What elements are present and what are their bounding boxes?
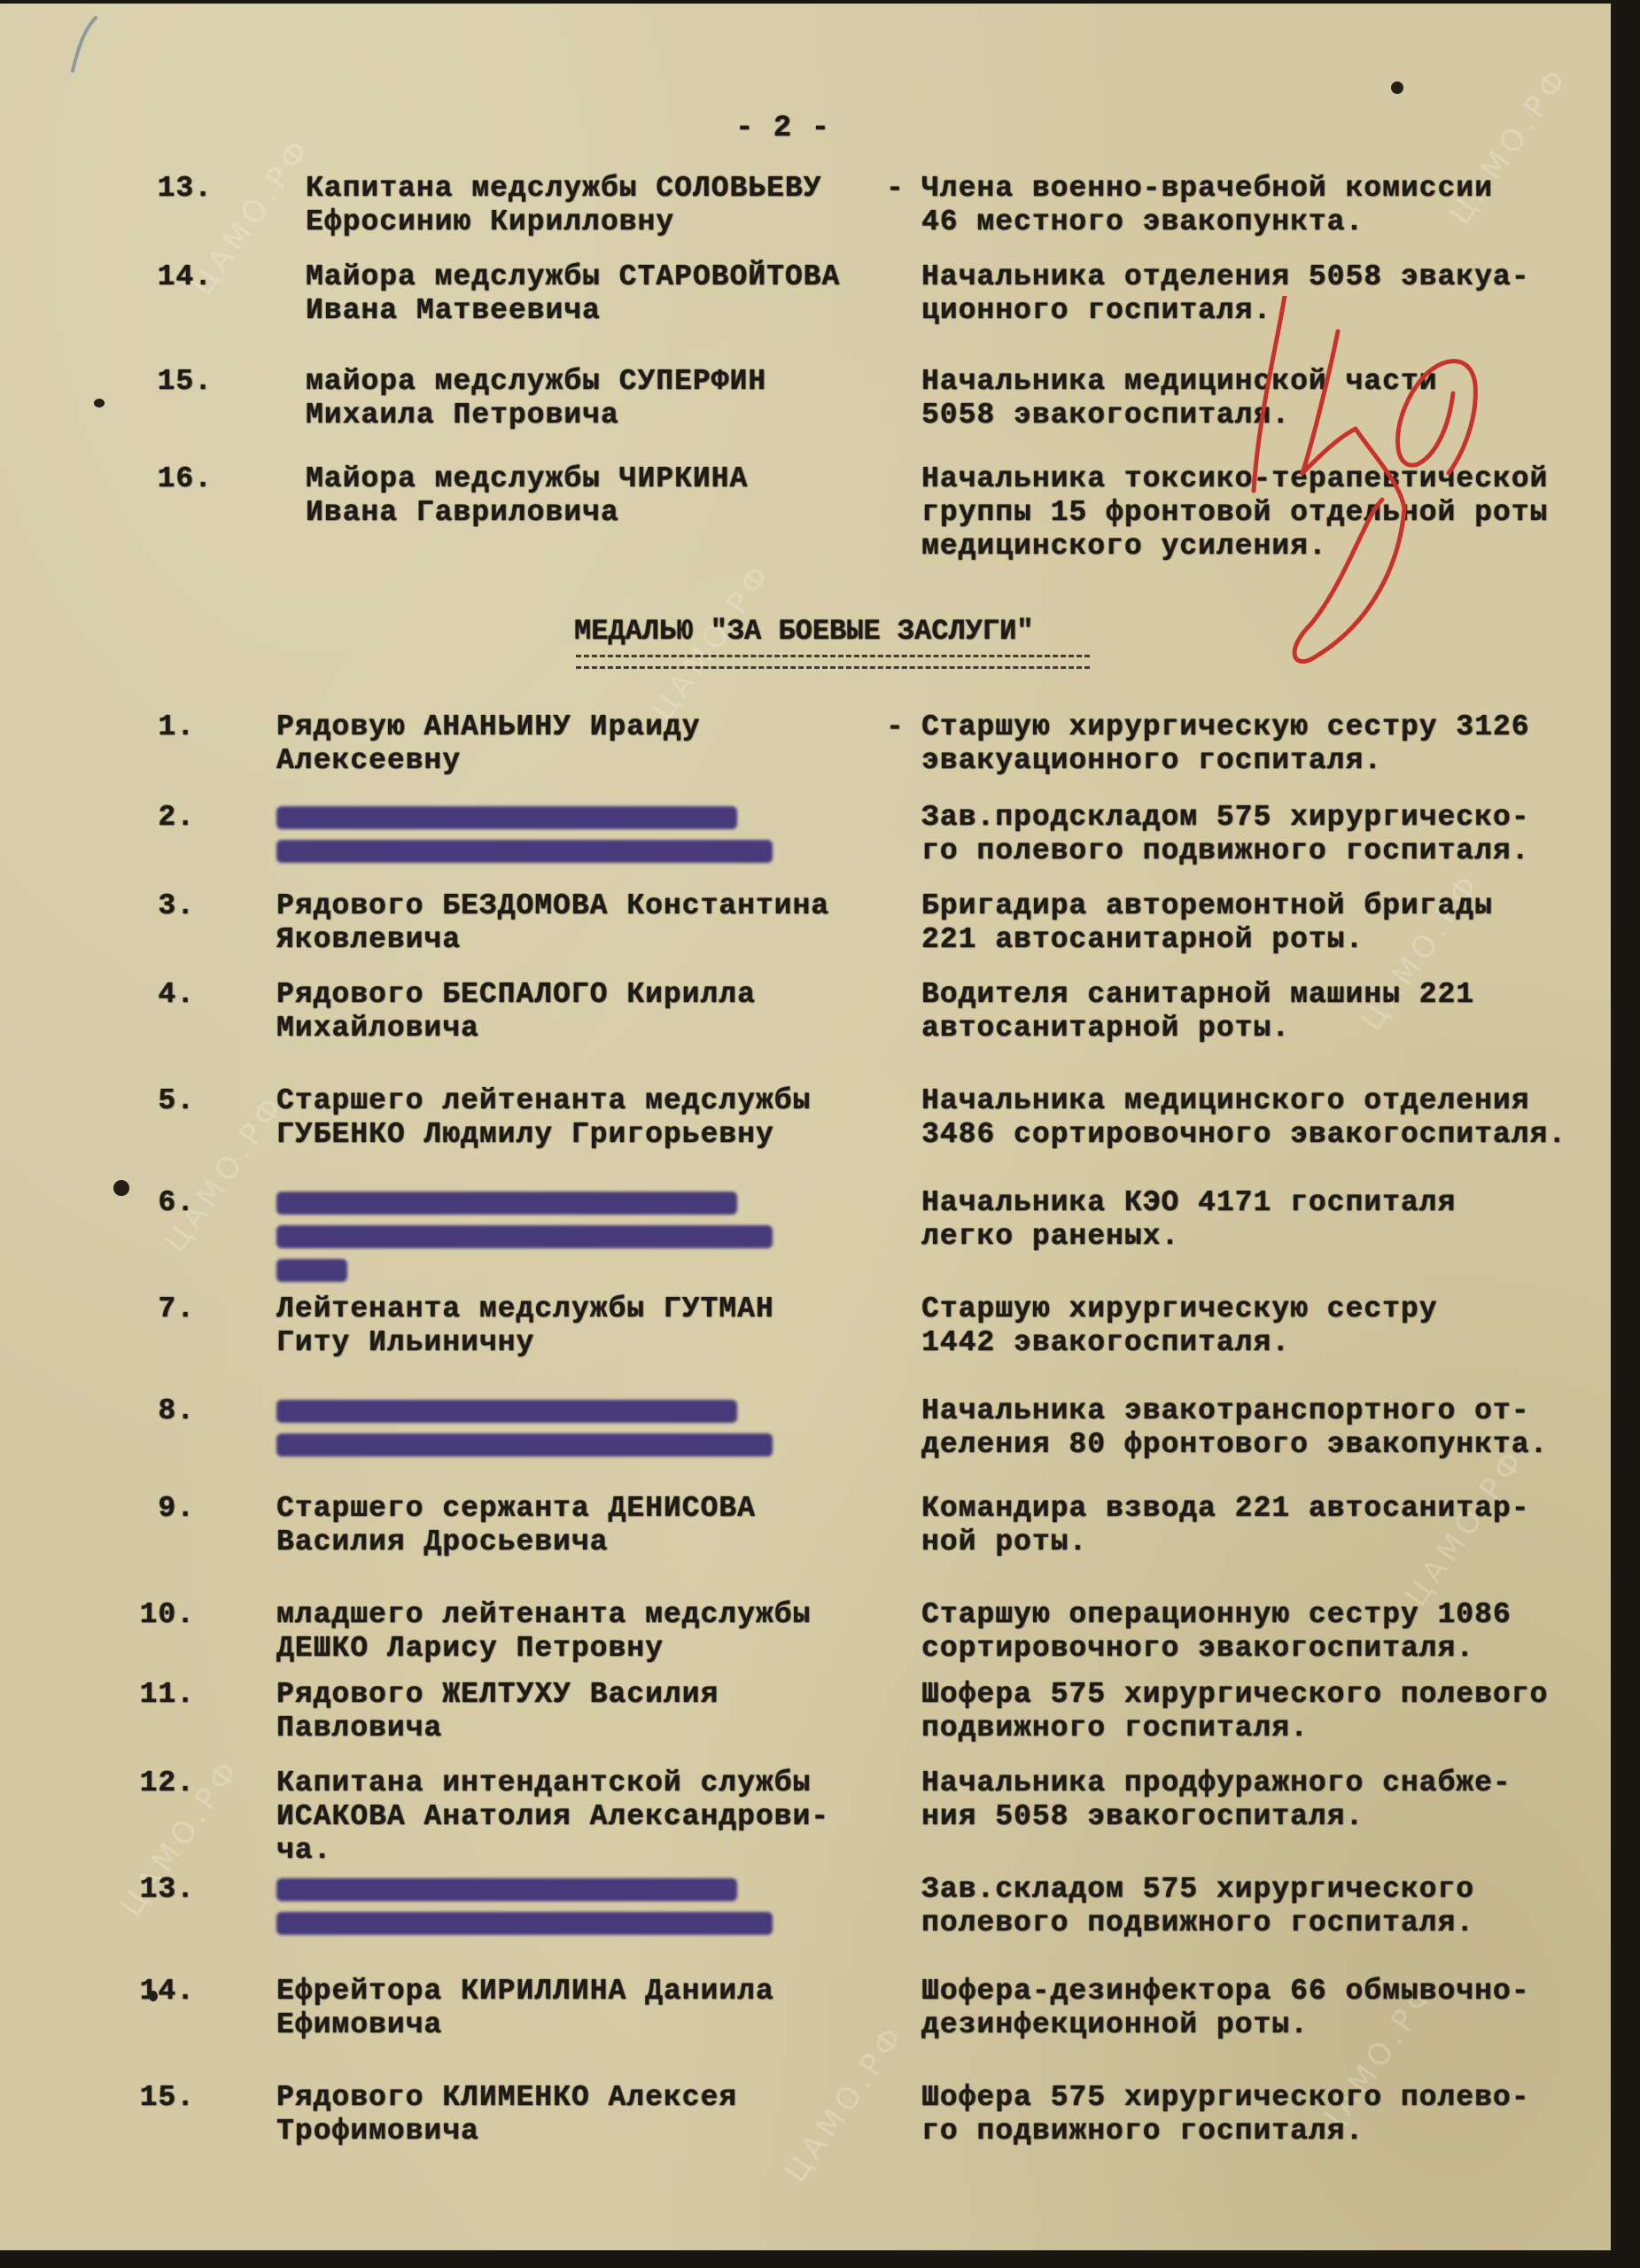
ink-blot (94, 399, 105, 408)
recipient-rank-name: майора медслужбы СУПЕРФИН (306, 365, 766, 399)
position-description: Водителя санитарной машины 221 (921, 978, 1474, 1012)
redacted-name (276, 1225, 773, 1248)
ink-blot (1391, 82, 1403, 94)
document-page: ЦАМО.РФ ЦАМО.РФ ЦАМО.РФ ЦАМО.РФ ЦАМО.РФ … (0, 4, 1611, 2250)
recipient-name-cont: Павловича (276, 1712, 442, 1745)
position-description: Старшую хирургическую сестру 3126 (921, 711, 1530, 744)
recipient-name-cont: Василия Дросьевича (276, 1526, 608, 1559)
recipient-name-cont: Ивана Гавриловича (306, 496, 619, 530)
recipient-name-cont: Ефросинию Кирилловну (306, 206, 674, 239)
entry-number: 11. (124, 1678, 195, 1712)
redacted-name (276, 1192, 737, 1215)
recipient-name-cont: Гиту Ильиничну (276, 1326, 534, 1360)
entry-number: 4. (124, 978, 195, 1012)
page-number: - 2 - (735, 112, 830, 145)
recipient-name-cont: Михайловича (276, 1012, 479, 1045)
position-description: ной роты. (921, 1526, 1087, 1559)
position-description: ния 5058 эвакогоспиталя. (921, 1800, 1364, 1834)
recipient-rank-name: Ефрейтора КИРИЛЛИНА Даниила (276, 1975, 774, 2008)
recipient-name-cont: Алексеевну (276, 744, 461, 778)
position-description: 5058 эвакогоспиталя. (921, 399, 1290, 432)
position-description: Командира взвода 221 автосанитар- (921, 1492, 1530, 1526)
entry-number: 16. (142, 462, 213, 496)
position-description: эвакуационного госпиталя. (921, 744, 1382, 778)
position-description: Старшую операционную сестру 1086 (921, 1598, 1512, 1632)
redacted-name (276, 1878, 737, 1901)
position-description: Начальника медицинского отделения (921, 1084, 1530, 1118)
position-description: подвижного госпиталя. (921, 1712, 1309, 1745)
recipient-name-cont: Яковлевича (276, 923, 461, 957)
entry-number: 15. (124, 2081, 195, 2115)
position-description: го полевого подвижного госпиталя. (921, 835, 1530, 868)
recipient-name-cont: Трофимовича (276, 2115, 479, 2148)
position-description: ционного госпиталя. (921, 294, 1271, 328)
position-description: Начальника КЭО 4171 госпиталя (921, 1186, 1456, 1220)
position-description: го подвижного госпиталя. (921, 2115, 1364, 2148)
entry-number: 12. (124, 1767, 195, 1800)
position-description: дезинфекционной роты. (921, 2008, 1309, 2042)
position-description: Члена военно-врачебной комиссии (921, 172, 1493, 206)
position-description: Старшую хирургическую сестру (921, 1293, 1438, 1326)
section-title: МЕДАЛЬЮ "ЗА БОЕВЫЕ ЗАСЛУГИ" (574, 615, 1033, 649)
redacted-name (276, 1400, 737, 1423)
position-description: Шофера-дезинфектора 66 обмывочно- (921, 1975, 1530, 2008)
recipient-rank-name: младшего лейтенанта медслужбы (276, 1598, 811, 1632)
position-description: Шофера 575 хирургического полевого (921, 1678, 1548, 1712)
recipient-rank-name: Рядового ЖЕЛТУХУ Василия (276, 1678, 719, 1712)
separator-dash: - (886, 711, 905, 744)
recipient-rank-name: Майора медслужбы СТАРОВОЙТОВА (306, 260, 840, 294)
entry-number: 14. (142, 260, 213, 294)
position-description: полевого подвижного госпиталя. (921, 1907, 1474, 1940)
red-handwritten-mark: Нд (1249, 296, 1480, 668)
redacted-name (276, 1912, 773, 1935)
position-description: Шофера 575 хирургического полево- (921, 2081, 1530, 2115)
entry-number: 13. (124, 1873, 195, 1907)
recipient-rank-name: Лейтенанта медслужбы ГУТМАН (276, 1293, 774, 1326)
position-description: Начальника отделения 5058 эвакуа- (921, 260, 1530, 294)
redacted-name (276, 806, 737, 829)
recipient-name-cont: Михаила Петровича (306, 399, 619, 432)
position-description: Зав.складом 575 хирургического (921, 1873, 1474, 1907)
position-description: 221 автосанитарной роты. (921, 923, 1364, 957)
entry-number: 13. (142, 172, 213, 206)
recipient-name-cont: Ефимовича (276, 2008, 442, 2042)
recipient-rank-name: Рядового БЕСПАЛОГО Кирилла (276, 978, 756, 1012)
position-description: Бригадира авторемонтной бригады (921, 889, 1493, 923)
position-description: Начальника эвакотранспортного от- (921, 1394, 1530, 1428)
recipient-rank-name: Майора медслужбы ЧИРКИНА (306, 462, 748, 496)
entry-number: 5. (124, 1084, 195, 1118)
entry-number: 8. (124, 1394, 195, 1428)
position-description: легко раненых. (921, 1220, 1179, 1254)
position-description: деления 80 фронтового эвакопункта. (921, 1428, 1548, 1462)
recipient-rank-name: Рядового БЕЗДОМОВА Константина (276, 889, 829, 923)
recipient-rank-name: Капитана медслужбы СОЛОВЬЕВУ (306, 172, 822, 206)
entry-number: 10. (124, 1598, 195, 1632)
ink-blot (113, 1180, 129, 1196)
recipient-rank-name: Рядового КЛИМЕНКО Алексея (276, 2081, 737, 2115)
entry-number: 1. (124, 711, 195, 744)
separator-dash: - (886, 172, 905, 206)
position-description: Начальника продфуражного снабже- (921, 1767, 1512, 1800)
pencil-stroke-icon (67, 14, 103, 76)
recipient-name-cont: ДЕШКО Ларису Петровну (276, 1632, 664, 1666)
entry-number: 15. (142, 365, 213, 399)
watermark: ЦАМО.РФ (778, 2017, 913, 2189)
position-description: Зав.продскладом 575 хирургическо- (921, 801, 1530, 835)
position-description: сортировочного эвакогоспиталя. (921, 1632, 1474, 1666)
entry-number: 6. (124, 1186, 195, 1220)
section-underline (576, 655, 1090, 669)
recipient-rank-name: Старшего лейтенанта медслужбы (276, 1084, 811, 1118)
recipient-name-cont: ИСАКОВА Анатолия Александрови- (276, 1800, 829, 1834)
recipient-rank-name: Старшего сержанта ДЕНИСОВА (276, 1492, 756, 1526)
recipient-rank-name: Рядовую АНАНЬИНУ Ираиду (276, 711, 700, 744)
entry-number: 9. (124, 1492, 195, 1526)
position-description: 46 местного эвакопункта. (921, 206, 1364, 239)
entry-number: 3. (124, 889, 195, 923)
watermark: ЦАМО.РФ (1398, 1441, 1533, 1613)
position-description: 1442 эвакогоспиталя. (921, 1326, 1290, 1360)
ink-blot (149, 1991, 158, 2001)
redacted-name (276, 1259, 347, 1282)
entry-number: 14. (124, 1975, 195, 2008)
position-description: 3486 сортировочного эвакогоспиталя. (921, 1118, 1566, 1152)
entry-number: 7. (124, 1293, 195, 1326)
entry-number: 2. (124, 801, 195, 835)
recipient-name-cont: ГУБЕНКО Людмилу Григорьевну (276, 1118, 774, 1152)
position-description: автосанитарной роты. (921, 1012, 1290, 1045)
recipient-rank-name: Капитана интендантской службы (276, 1767, 811, 1800)
recipient-name-cont: Ивана Матвеевича (306, 294, 601, 328)
redacted-name (276, 1433, 773, 1456)
recipient-name-cont: ча. (276, 1834, 331, 1868)
redacted-name (276, 840, 773, 863)
